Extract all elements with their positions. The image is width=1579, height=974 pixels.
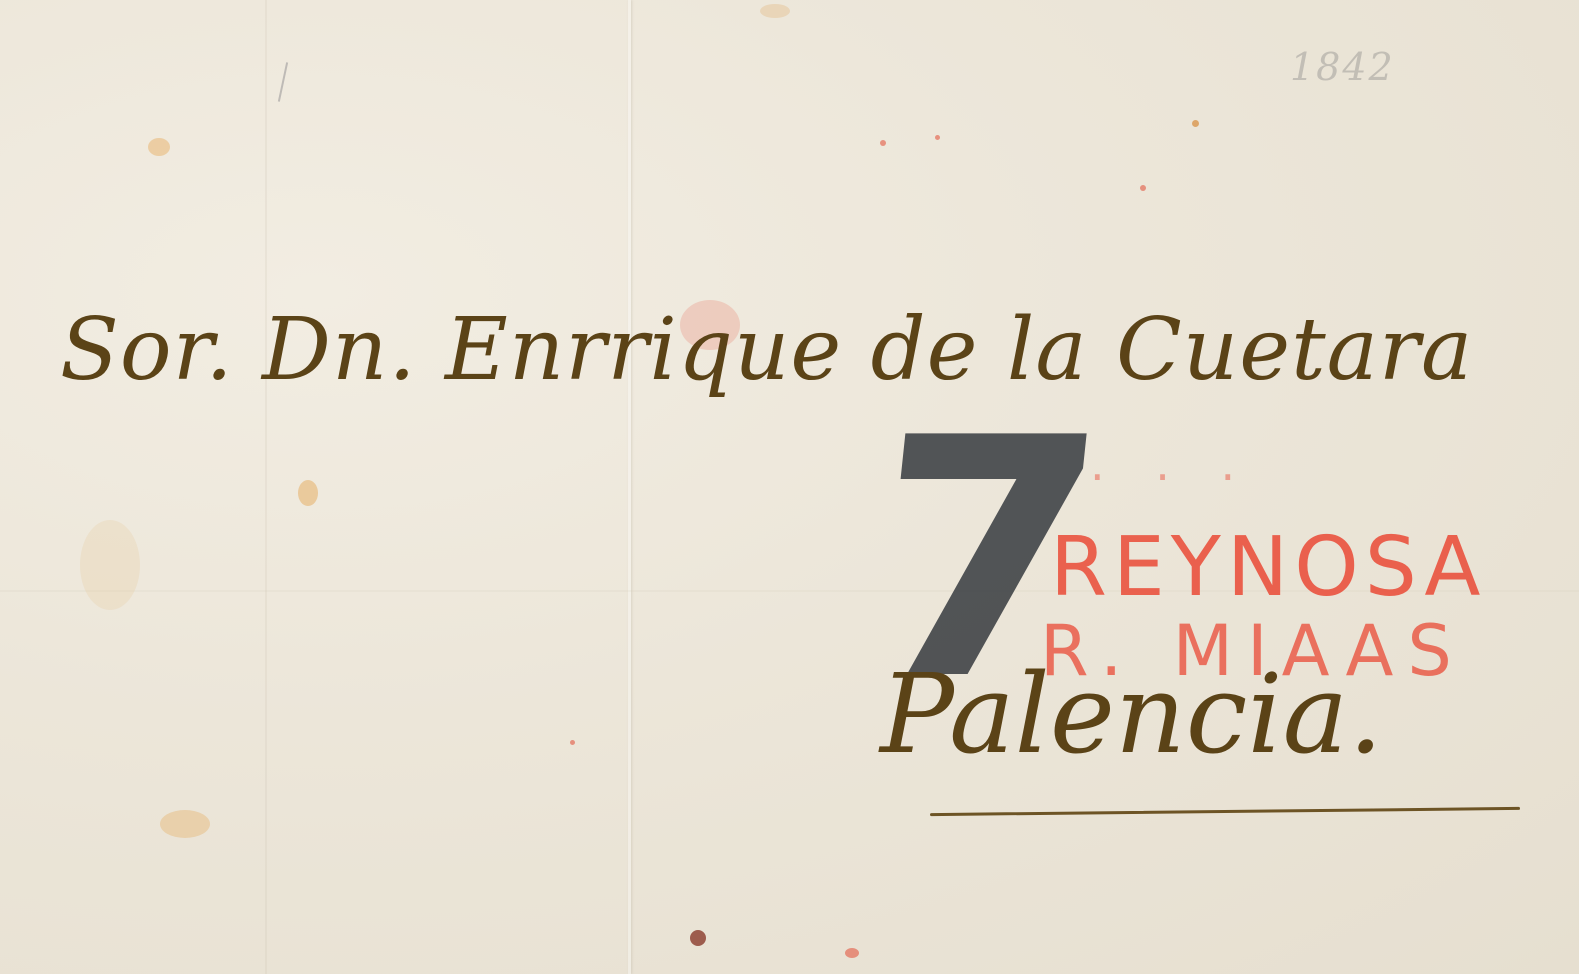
red-postmark: · · · REYNOSA R. MIAAS xyxy=(1040,450,1530,680)
destination-underline xyxy=(930,807,1520,816)
pencil-stroke xyxy=(278,62,288,102)
red-ink-speck xyxy=(935,135,940,140)
postmark-top-line: · · · xyxy=(1090,450,1253,504)
foxing-stain xyxy=(160,810,210,838)
postal-cover: 1842 Sor. Dn. Enrrique de la Cuetara · ·… xyxy=(0,0,1579,974)
foxing-stain xyxy=(80,520,140,610)
red-ink-speck xyxy=(845,948,859,958)
pencil-year-annotation: 1842 xyxy=(1290,45,1395,89)
foxing-stain xyxy=(298,480,318,506)
red-ink-speck xyxy=(570,740,575,745)
foxing-stain xyxy=(148,138,170,156)
addressee-line: Sor. Dn. Enrrique de la Cuetara xyxy=(60,300,1473,400)
red-ink-speck xyxy=(690,930,706,946)
red-ink-speck xyxy=(1140,185,1146,191)
paper-fold xyxy=(628,0,631,974)
paper-fold xyxy=(265,0,267,974)
postmark-town: REYNOSA xyxy=(1050,520,1486,615)
red-ink-speck xyxy=(880,140,886,146)
destination-city: Palencia. xyxy=(880,650,1383,778)
foxing-stain xyxy=(760,4,790,18)
foxing-stain xyxy=(1192,120,1199,127)
